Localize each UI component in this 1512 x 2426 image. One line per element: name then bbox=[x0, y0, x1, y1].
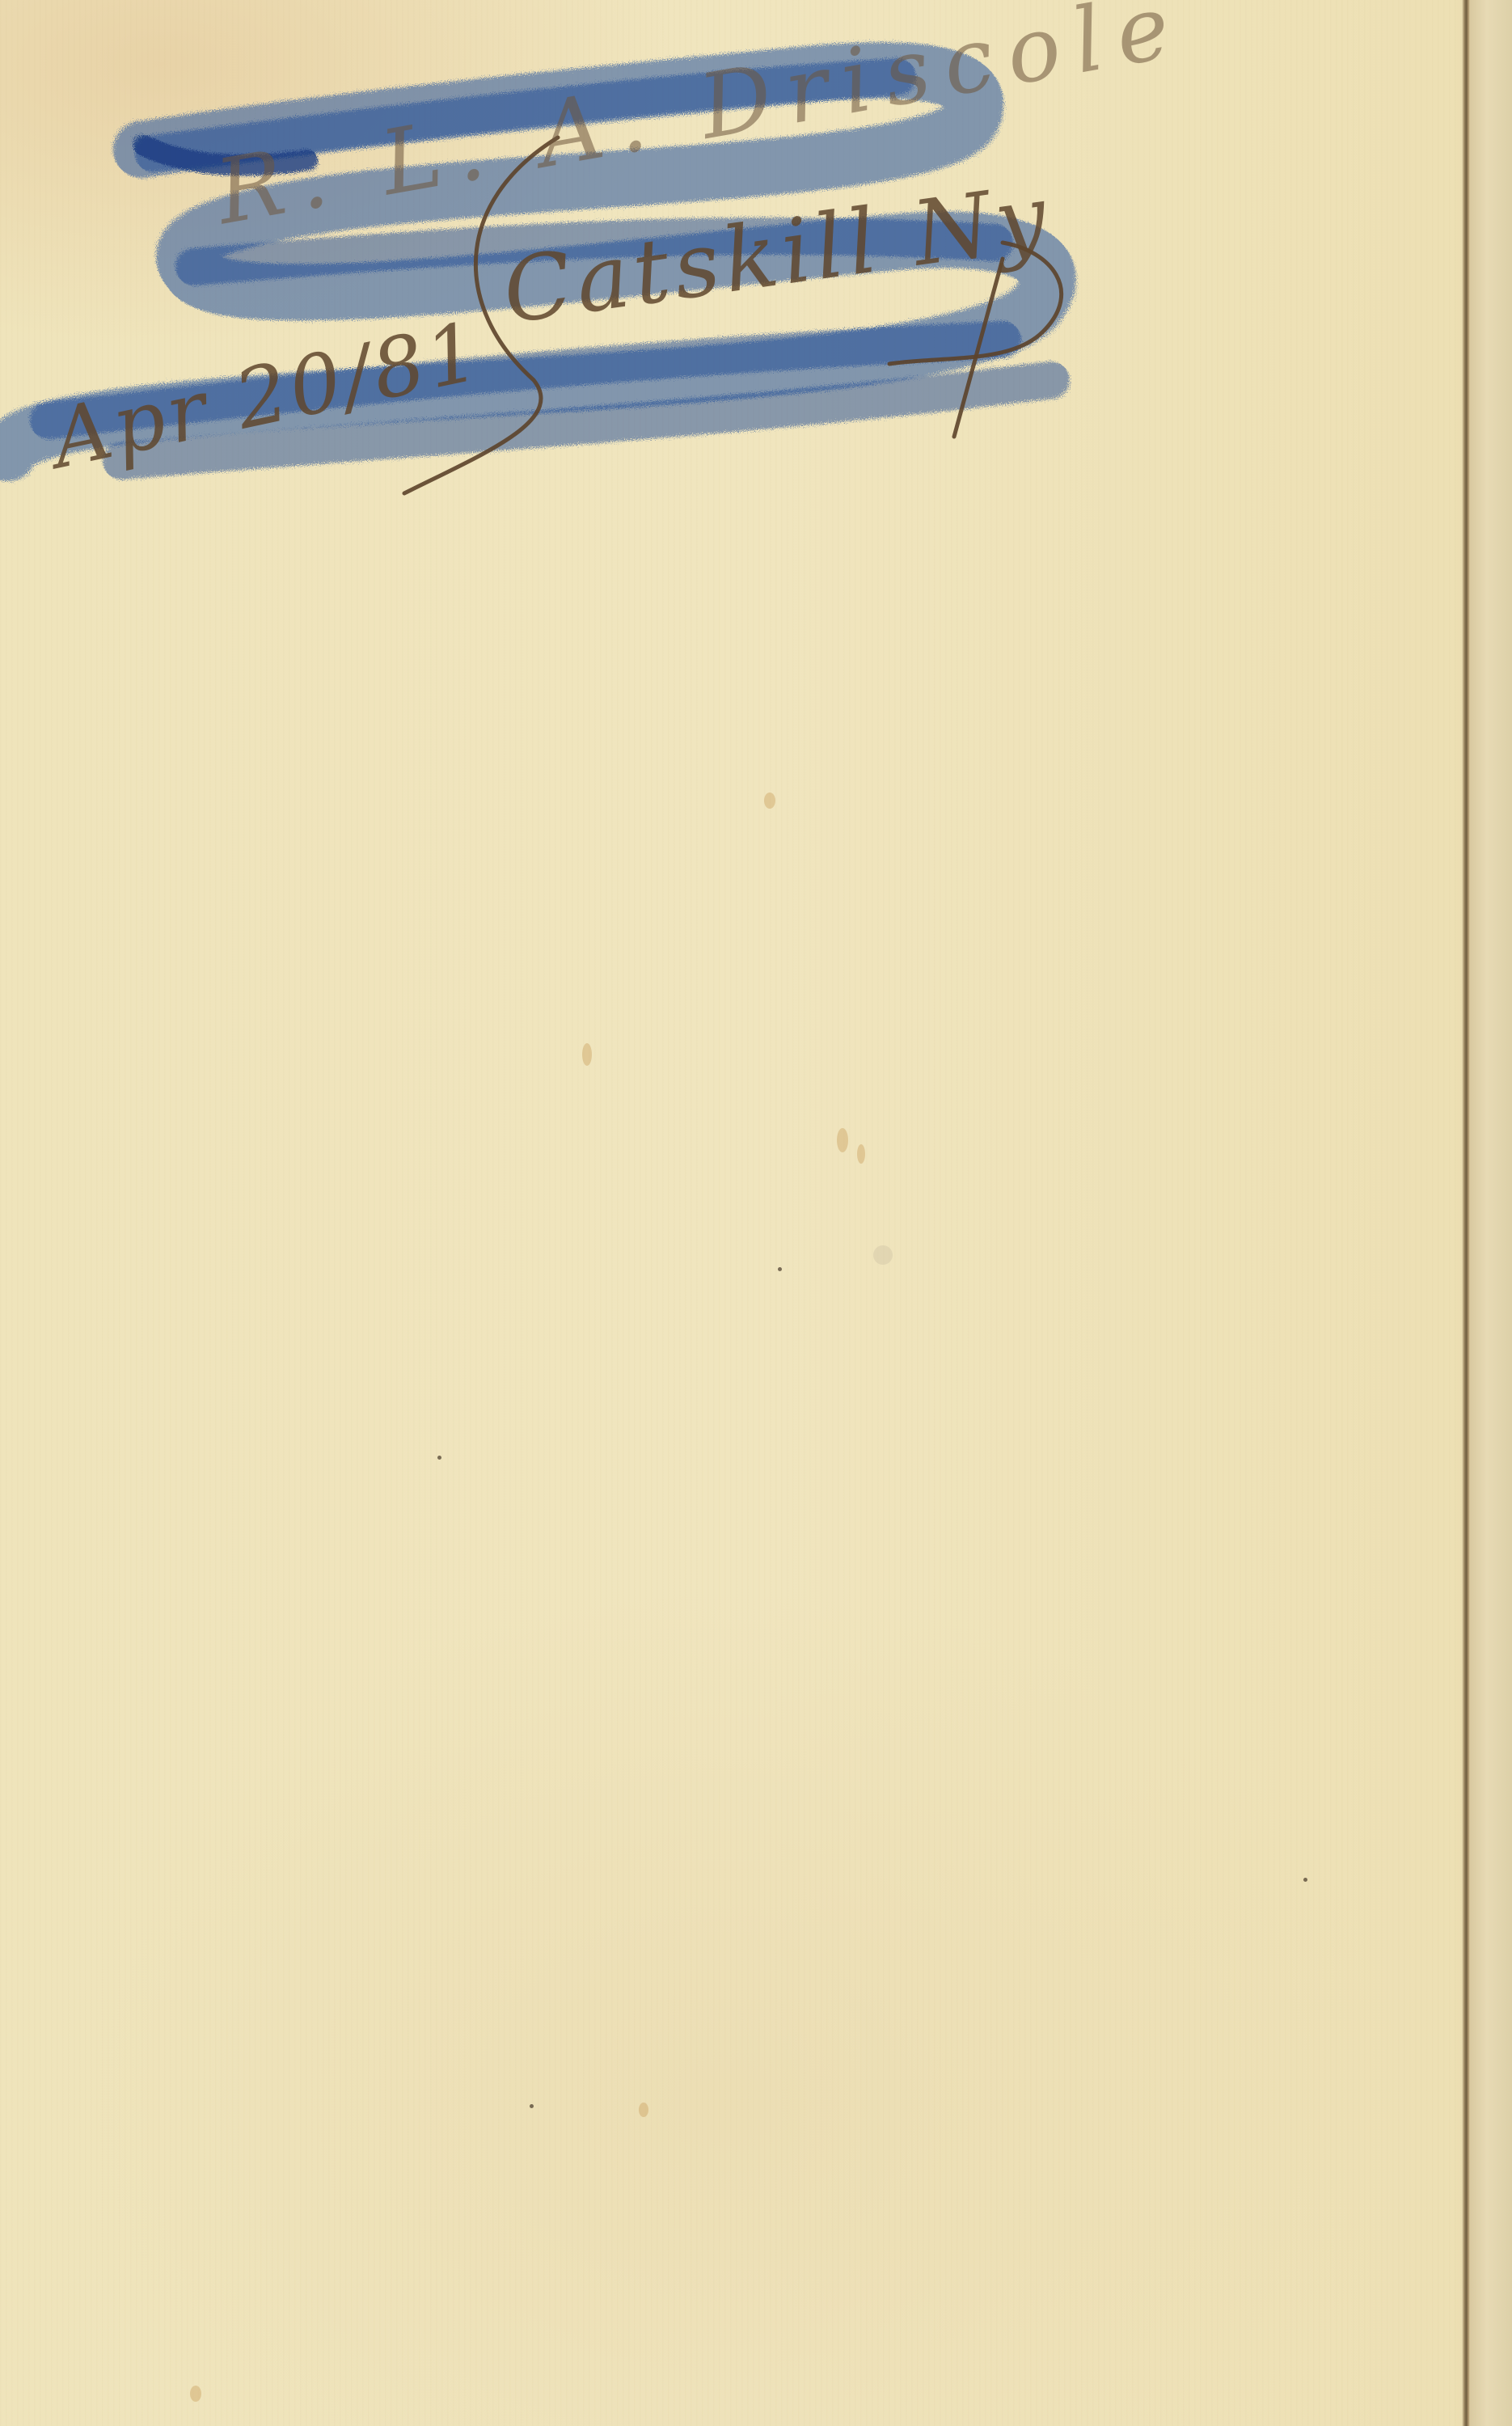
foxing-spot bbox=[857, 1144, 865, 1164]
foxing-spot bbox=[582, 1043, 592, 1066]
speck bbox=[437, 1456, 441, 1460]
book-page: R. L. A. Driscole Catskill Ny Apr 20/81 bbox=[0, 0, 1512, 2426]
page-edge-strip bbox=[1470, 0, 1512, 2426]
speck bbox=[530, 2104, 534, 2108]
speck bbox=[778, 1267, 782, 1271]
foxing-spot bbox=[639, 2103, 648, 2117]
speck bbox=[1303, 1878, 1307, 1882]
handwritten-inscription: R. L. A. Driscole Catskill Ny Apr 20/81 bbox=[0, 0, 1132, 526]
binding-gutter bbox=[1462, 0, 1470, 2426]
stain-spot bbox=[873, 1245, 893, 1265]
foxing-spot bbox=[764, 792, 775, 809]
foxing-spot bbox=[837, 1128, 848, 1152]
foxing-spot bbox=[190, 2386, 201, 2402]
